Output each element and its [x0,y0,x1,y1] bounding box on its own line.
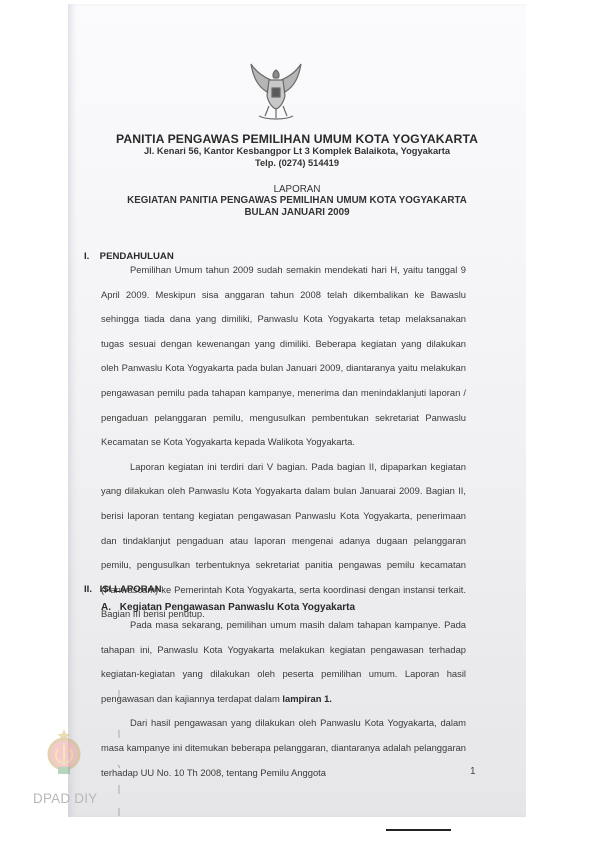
dpad-diy-crest-icon [44,727,84,777]
section-number: II. [84,584,97,595]
report-title-line-1: LAPORAN [68,184,526,195]
subsection-title: Kegiatan Pengawasan Panwaslu Kota Yogyak… [120,602,355,613]
report-title-line-2: KEGIATAN PANITIA PENGAWAS PEMILIHAN UMUM… [68,195,526,206]
scan-margin-marks [117,690,121,820]
section-number: I. [84,251,97,262]
subsection-heading-kegiatan-pengawasan: A. Kegiatan Pengawasan Panwaslu Kota Yog… [101,602,355,613]
section-title: ISI LAPORAN [100,584,162,595]
watermark-label: DPAD DIY [33,791,97,806]
organization-name: PANITIA PENGAWAS PEMILIHAN UMUM KOTA YOG… [68,132,526,146]
organization-address: Jl. Kenari 56, Kantor Kesbangpor Lt 3 Ko… [68,146,526,156]
subsection-number: A. [101,602,117,613]
paragraph: Dari hasil pengawasan yang dilakukan ole… [101,711,466,785]
subsection-body-kegiatan-pengawasan: Pada masa sekarang, pemilihan umum masih… [101,613,466,785]
section-body-pendahuluan: Pemilihan Umum tahun 2009 sudah semakin … [101,258,466,627]
paragraph: Pemilihan Umum tahun 2009 sudah semakin … [101,258,466,455]
paragraph-text: Pada masa sekarang, pemilihan umum masih… [101,619,466,704]
attachment-reference: lampiran 1. [282,693,332,704]
page-number: 1 [470,766,476,777]
bottom-rule [386,829,451,831]
paragraph: Pada masa sekarang, pemilihan umum masih… [101,613,466,711]
organization-phone: Telp. (0274) 514419 [68,158,526,168]
section-heading-isi-laporan: II. ISI LAPORAN [84,584,162,595]
report-title-line-3: BULAN JANUARI 2009 [68,207,526,218]
garuda-emblem-icon [247,62,305,122]
